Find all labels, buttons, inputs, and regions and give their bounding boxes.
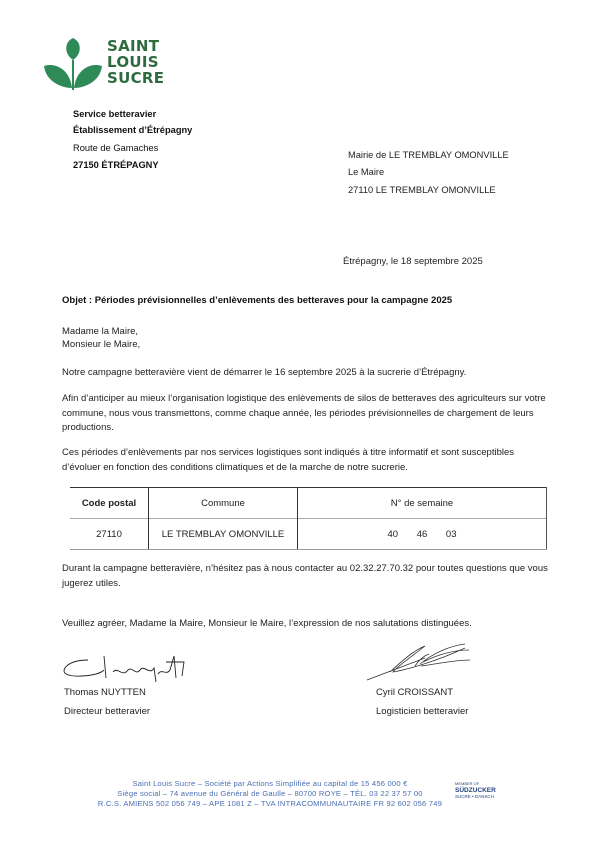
group-logo-sub: SUCRE • DANSCH — [455, 794, 505, 801]
sender-line: Service betteravier — [73, 109, 156, 119]
paragraph-disclaimer: Ces périodes d’enlèvements par nos servi… — [62, 446, 552, 475]
paragraph-contact: Durant la campagne betteravière, n’hésit… — [62, 562, 552, 591]
brand-wordmark: SAINT LOUIS SUCRE — [107, 39, 164, 87]
sender-line: Établissement d’Étrépagny — [73, 125, 192, 135]
sudzucker-group-logo: MEMBER OF SÜDZUCKER SUCRE • DANSCH — [455, 781, 505, 801]
salutation-line: Monsieur le Maire, — [62, 338, 552, 353]
recipient-line: Le Maire — [348, 167, 384, 177]
recipient-line: 27110 LE TREMBLAY OMONVILLE — [348, 185, 496, 195]
cell-commune: LE TREMBLAY OMONVILLE — [149, 519, 298, 550]
paragraph-logistics: Afin d’anticiper au mieux l’organisation… — [62, 392, 552, 436]
brand-line: SUCRE — [107, 71, 164, 87]
table-header-row: Code postal Commune N° de semaine — [70, 488, 547, 519]
cell-postal-code: 27110 — [70, 519, 149, 550]
date-line: Étrépagny, le 18 septembre 2025 — [343, 256, 483, 267]
recipient-line: Mairie de LE TREMBLAY OMONVILLE — [348, 150, 509, 160]
closing-formula: Veuillez agréer, Madame la Maire, Monsie… — [62, 617, 552, 632]
company-footer: Saint Louis Sucre – Société par Actions … — [60, 779, 480, 809]
header-postal-code: Code postal — [70, 488, 149, 519]
cell-weeks: 40 46 03 — [298, 519, 547, 550]
sender-line: 27150 ÉTRÉPAGNY — [73, 160, 159, 170]
signatory-title: Directeur betteravier — [64, 706, 150, 717]
footer-line: Siège social – 74 avenue du Général de G… — [60, 789, 480, 799]
signatory-name: Cyril CROISSANT — [376, 687, 453, 698]
pickup-periods-table: Code postal Commune N° de semaine 27110 … — [70, 487, 547, 550]
footer-line: Saint Louis Sucre – Société par Actions … — [60, 779, 480, 789]
week-value: 40 — [387, 529, 398, 540]
table-row: 27110 LE TREMBLAY OMONVILLE 40 46 03 — [70, 519, 547, 550]
saint-louis-sucre-leaf-logo-icon — [42, 38, 104, 90]
signatory-name: Thomas NUYTTEN — [64, 687, 146, 698]
footer-line: R.C.S. AMIENS 502 056 749 – APE 1081 Z –… — [60, 799, 480, 809]
signature-croissant-icon — [365, 640, 475, 684]
week-value: 46 — [417, 529, 428, 540]
signature-nuytten-icon — [58, 652, 193, 690]
sender-line: Route de Gamaches — [73, 143, 158, 153]
signatory-title: Logisticien betteravier — [376, 706, 468, 717]
salutation: Madame la Maire, Monsieur le Maire, — [62, 325, 552, 352]
paragraph-campaign-start: Notre campagne betteravière vient de dém… — [62, 366, 552, 381]
week-value: 03 — [446, 529, 457, 540]
subject-line: Objet : Périodes prévisionnelles d’enlèv… — [62, 294, 552, 309]
header-commune: Commune — [149, 488, 298, 519]
header-week-number: N° de semaine — [298, 488, 547, 519]
